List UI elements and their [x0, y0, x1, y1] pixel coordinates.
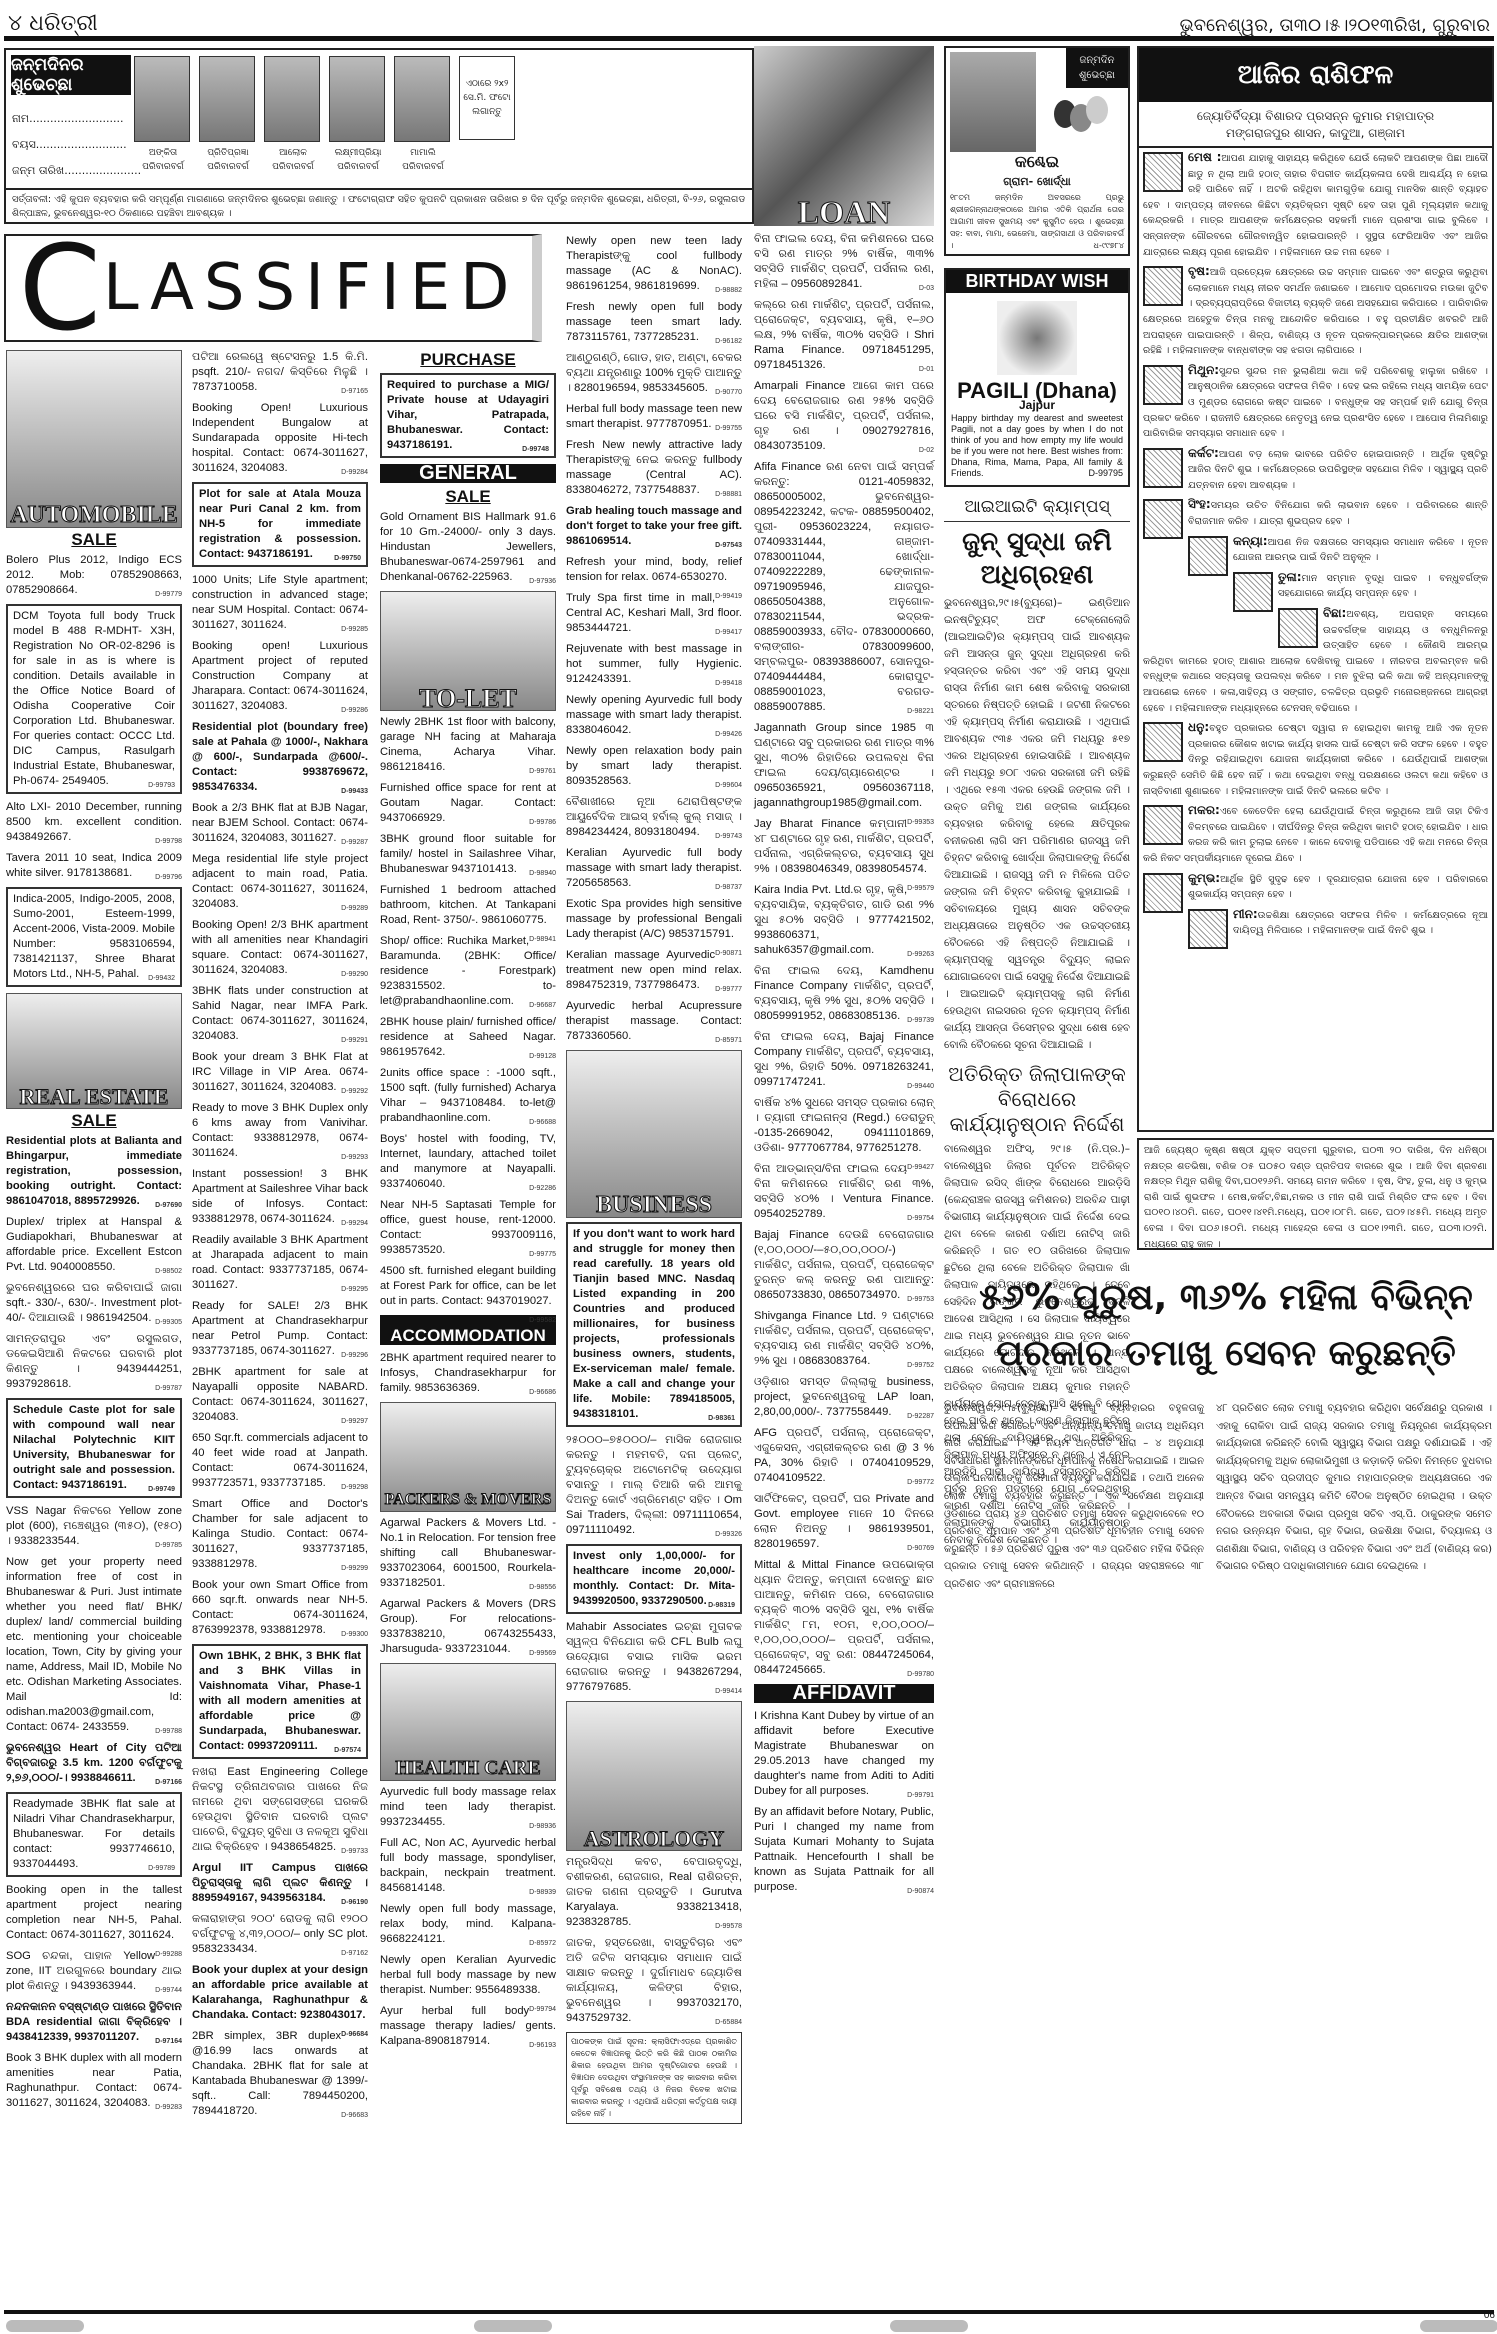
sign-prediction: ଆପଣ ବଡ଼ ଲୋକ ଭାବରେ ପରିଚିତ ହୋଇପାରନ୍ତି । ଆର…: [1188, 449, 1488, 491]
classified-ad: ବିନା ଆଡ୍‌ଭାନ୍ସ/ବିନା ଫାଇଲ ଦେୟ ବିନା କମିଶନର…: [754, 1162, 934, 1222]
ad-code: D-99755: [715, 421, 742, 436]
ad-code: D-96688: [529, 1115, 556, 1130]
classified-ad: I Krishna Kant Dubey by virtue of an aff…: [754, 1709, 934, 1799]
ad-code: D-99754: [907, 1211, 934, 1226]
classified-ad: କଲ୍‌ରେ ରଣ ମାର୍କଶିଟ୍, ପ୍ରପର୍ଟି, ପର୍ସନାଲ, …: [754, 298, 934, 373]
classified-ad: Herbal full body massage teen new smart …: [566, 402, 742, 432]
greeting-place: ଗ୍ରାମ- ଖୋର୍ଦ୍ଧା: [946, 174, 1128, 189]
affidavit-section-bar: AFFIDAVIT: [754, 1684, 934, 1703]
name-field[interactable]: ନାମ...........................: [12, 112, 123, 126]
child-photo: [264, 56, 320, 142]
classified-ad: 3BHK ground floor suitable for family/ h…: [380, 832, 556, 877]
classified-ad: AFG ପ୍ରପର୍ଟି, ପର୍ସନାଲ୍, ପ୍ରୋଜେକ୍ଟ, ଏଜୁକେ…: [754, 1426, 934, 1486]
sign-name: କୁମ୍ଭ:: [1188, 871, 1220, 885]
classified-ad: Bolero Plus 2012, Indigo ECS 2012. Mob: …: [6, 553, 182, 598]
classified-ad: Invest only 1,00,000/- for healthcare in…: [566, 1544, 742, 1614]
footer-ornament: [1420, 2320, 1497, 2332]
news-headline: ଅତିରିକ୍ତ ଜିଲାପାଳଙ୍କ ବିରୋଧରେ କାର୍ଯ୍ୟାନୁଷ୍…: [944, 1062, 1130, 1137]
ad-code: D-99749: [148, 1482, 175, 1497]
ad-code: D-96687: [529, 998, 556, 1013]
footer-ornament: [474, 2320, 552, 2332]
classified-ad: Booking open! Luxurious Apartment projec…: [192, 639, 368, 714]
classified-ad: ବୈଶାଖୀରେ ନୂଆ ଥେରାପିଷ୍ଟଙ୍କ ଆୟୁର୍ବେଦିକ ଆଇସ…: [566, 795, 742, 840]
ad-code: D-99791: [907, 1788, 934, 1803]
tobacco-body-right: ୪୮ ପ୍ରତିଶତ ଲୋକ ତମାଖୁ ବ୍ୟବହାର କରିଥିବା ସର୍…: [1216, 1400, 1492, 1576]
classified-ad: Shivganga Finance Ltd. ୨ ଘଣ୍ଟାରେ ମାର୍କଶି…: [754, 1309, 934, 1369]
banner-text: LASSIFIED: [103, 251, 519, 325]
ad-code: D-98556: [529, 1580, 556, 1595]
classified-ad: Instant possession! 3 BHK Apartment at S…: [192, 1167, 368, 1227]
ad-code: D-96684: [341, 2027, 368, 2042]
child-photo: [394, 56, 450, 142]
zodiac-sign-icon: [1143, 152, 1183, 192]
greeting-label: ଜନ୍ମଦିନ ଶୁଭେଚ୍ଛା: [1066, 48, 1128, 88]
classified-ad: ଆଣ୍ଠୁଗଣ୍ଠି, ଗୋଡ, ହାତ, ଅଣ୍ଟା, ବେକର ବ୍ୟଥା …: [566, 351, 742, 396]
ad-code: D-99292: [341, 1084, 368, 1099]
ad-code: D-98319: [708, 1598, 735, 1613]
ad-code: D-99296: [341, 1348, 368, 1363]
column-general-tolet: PURCHASE Required to purchase a MIG/ Pri…: [380, 350, 556, 2055]
photo-caption: ଆଲୋକପରିବାରବର୍ଗ: [260, 146, 326, 174]
classified-ad: 2BR simplex, 3BR duplex @16.99 lacs onwa…: [192, 2029, 368, 2119]
horoscope-sign: କର୍କଟ:ଆପଣ ବଡ଼ ଲୋକ ଭାବରେ ପରିଚିତ ହୋଇପାରନ୍ତ…: [1139, 444, 1492, 496]
sign-name: ସିଂହ:: [1188, 497, 1211, 511]
sign-name: ବିଛା:: [1323, 606, 1346, 620]
wish-name: PAGILI (Dhana): [946, 383, 1128, 398]
ad-code: D-96182: [715, 334, 742, 349]
ad-code: D-99414: [715, 1684, 742, 1699]
masthead-rule: [4, 36, 1494, 41]
sign-prediction: ଆର୍ଥିକ ସ୍ଥିତି ସୁଦୃଢ ହେବ । ଦୂରଯାତ୍ରାର ଯୋଜ…: [1188, 874, 1488, 901]
classified-ad: ନଖରା East Engineering College ନିକଟସ୍ଥ ତ୍…: [192, 1765, 368, 1855]
ad-code: D-99294: [341, 1216, 368, 1231]
ad-code: D-92286: [529, 1181, 556, 1196]
ad-code: D-96193: [529, 2038, 556, 2053]
ad-code: D-99578: [715, 1919, 742, 1934]
greeting-message: ୧୮ତମ ଜନ୍ମଦିନ ଅବସରରେ ପ୍ରଭୁ ଶ୍ରୀଜଗନ୍ନାଥଙ୍କ…: [950, 192, 1124, 252]
ad-code: D-99779: [155, 587, 182, 602]
classified-ad: Bajaj Finance ଦେଉଛି ବେରୋଜଗାର (୧,୦୦,୦୦୦/-…: [754, 1228, 934, 1303]
ad-code: D-99777: [715, 982, 742, 997]
horoscope-sign: ଧନୁ:ବହୁତ ପ୍ରକାରର ଚେଷ୍ଟା ଦ୍ୱାରା ନ ହୋଇଥିବା…: [1139, 718, 1492, 801]
classified-ad: ପଟିଆ ରେଲୱେ ଷ୍ଟେସନରୁ 1.5 କି.ମି. psqft. 21…: [192, 350, 368, 395]
birthday-coupon: ଜନ୍ମଦିନର ଶୁଭେଚ୍ଛା ନାମ...................…: [4, 48, 754, 224]
classified-ad: Indica-2005, Indigo-2005, 2008, Sumo-200…: [6, 887, 182, 987]
greeting-photo: [950, 52, 1036, 152]
sign-prediction: ଆଜି ପ୍ରତ୍ୟେକ କ୍ଷେତ୍ରରେ ଉଚ୍ଚ ସମ୍ମାନ ପାଇବେ…: [1143, 267, 1488, 356]
sign-name: ତୁଳା:: [1278, 570, 1302, 584]
zodiac-sign-icon: [1143, 266, 1183, 306]
classified-ad: Argul IIT Campus ପାଖରେ ପିଚୁରାସ୍ତାକୁ ଲାଗି…: [192, 1861, 368, 1906]
sign-name: ମିଥୁନ:: [1188, 363, 1219, 377]
ad-code: D-99750: [334, 551, 361, 566]
ad-code: D-99326: [715, 1527, 742, 1542]
photo-placeholder: ଏଠାରେ ୨x୨ ସେ.ମି. ଫଟୋ ଲଗାନ୍ତୁ: [459, 56, 515, 140]
greeting-name: କଣ୍ଢେଇ: [946, 154, 1128, 169]
ad-code: D-99297: [341, 1414, 368, 1429]
ad-code: D-99353: [907, 815, 934, 830]
horoscope-sign: ବିଛା:ଅବଶ୍ୟ, ଅପରାହ୍ନ ସମୟରେ ଉଚ୍ଚବର୍ଗଙ୍କ ସା…: [1139, 604, 1492, 718]
photo-caption: ଲକ୍ଷ୍ମୀପ୍ରିୟାପରିବାରବର୍ଗ: [325, 146, 391, 174]
classified-ad: Gold Ornament BIS Hallmark 91.6 for 10 G…: [380, 510, 556, 585]
horoscope-sign: ମୀନ:ଉଚ୍ଚଶିକ୍ଷା କ୍ଷେତ୍ରରେ ସଫଳତା ମିଳିବ । କ…: [1139, 905, 1492, 941]
sign-prediction: ଆପଣ ଯାହାକୁ ସାହାଯ୍ୟ କରିଥିବେ ଯେଉଁ ଲୋକଟି ଆପ…: [1143, 153, 1488, 258]
classified-ad: Mittal & Mittal Finance ଉପଭୋକ୍ତା ଧ୍ୟାନ ଦ…: [754, 1558, 934, 1678]
horoscope-sign: କୁମ୍ଭ:ଆର୍ଥିକ ସ୍ଥିତି ସୁଦୃଢ ହେବ । ଦୂରଯାତ୍ର…: [1139, 869, 1492, 905]
ad-code: D-65884: [715, 2015, 742, 2030]
horoscope-sign: ବୃଷ:ଆଜି ପ୍ରତ୍ୟେକ କ୍ଷେତ୍ରରେ ଉଚ୍ଚ ସମ୍ମାନ ପ…: [1139, 262, 1492, 361]
column-realestate-cont: ପଟିଆ ରେଲୱେ ଷ୍ଟେସନରୁ 1.5 କି.ମି. psqft. 21…: [192, 350, 368, 2125]
classified-ad: 1000 Units; Life Style apartment; constr…: [192, 573, 368, 633]
ad-code: D-99780: [907, 1667, 934, 1682]
ad-code: D-99569: [529, 1646, 556, 1661]
dob-field[interactable]: ଜନ୍ମ ତାରିଖ......................: [12, 164, 141, 178]
tobacco-headline: ୫୬% ପୁରୁଷ, ୩୬% ମହିଳା ବିଭିନ୍ନ ପ୍ରକାର ତମାଖ…: [960, 1270, 1492, 1382]
classified-ad: Mahabir Associates ଇଚ୍ଛା ମୁତାବକ ସ୍ୱଳ୍ପ ବ…: [566, 1620, 742, 1695]
classified-ad: Tavera 2011 10 seat, Indica 2009 white s…: [6, 851, 182, 881]
ad-code: D-98939: [529, 1885, 556, 1900]
ad-code: D-97162: [341, 1946, 368, 1961]
zodiac-sign-icon: [1143, 365, 1183, 405]
classified-ad: ଭୁବନେଶ୍ୱରରେ ଘର କରିବାପାଇଁ ଜାଗା sqft.- 330…: [6, 1281, 182, 1326]
ad-code: D-99295: [341, 1282, 368, 1297]
classified-ad: ୨୫୦୦୦–୭୫୦୦୦/– ମାସିକ ରୋଜଗାର କରନ୍ତୁ । ମହମବ…: [566, 1433, 742, 1538]
ad-code: D-99733: [341, 1844, 368, 1859]
ad-code: D-99288: [155, 1947, 182, 1962]
ad-code: D-99298: [341, 1480, 368, 1495]
sign-name: ମକର:: [1188, 803, 1220, 817]
wish-message: Happy birthday my dearest and sweetest P…: [946, 413, 1128, 479]
footer-rule: [4, 2310, 1494, 2314]
automobile-image: AUTOMOBILE: [6, 350, 182, 528]
ad-code: D-99293: [341, 1150, 368, 1165]
ad-code: D-98361: [708, 1411, 735, 1426]
zodiac-sign-icon: [1143, 499, 1183, 539]
classified-ad: Rejuvenate with best massage in hot summ…: [566, 642, 742, 687]
sign-name: ମୀନ:: [1233, 907, 1258, 921]
sign-prediction: ଆପଣ ନିଜ ଦକ୍ଷତାରେ ସମସ୍ୟାର ସମାଧାନ କରିବେ । …: [1233, 537, 1488, 564]
classified-ad: ଭୁବନେଶ୍ୱର Heart of City ପଟିଆ ବିଗ୍‌ବଜାରରୁ…: [6, 1741, 182, 1786]
column-massage-business: Newly open new teen lady Therapistଙ୍କୁ c…: [566, 234, 742, 2124]
classified-ad: ସାର୍ଟିଫିକେଟ୍, ପ୍ରପର୍ଟି, ଘର Private and G…: [754, 1492, 934, 1552]
age-field[interactable]: ବୟସ..........................: [12, 138, 127, 152]
ad-code: D-99433: [341, 784, 368, 799]
ad-code: D-99798: [155, 834, 182, 849]
ad-code: D-99128: [529, 1049, 556, 1064]
reader-notice: ପାଠକଙ୍କ ପାଇଁ ସୂଚନା: କ୍ଲାସିଫାଏଡ୍‌ରେ ପ୍ରକା…: [566, 2032, 742, 2124]
classified-ad: DCM Toyota full body Truck model B 488 R…: [6, 604, 182, 794]
classified-ad: 2BHK house plain/ furnished office/ resi…: [380, 1015, 556, 1060]
birthday-greeting: ଜନ୍ମଦିନ ଶୁଭେଚ୍ଛା କଣ୍ଢେଇ ଗ୍ରାମ- ଖୋର୍ଦ୍ଧା …: [944, 46, 1130, 256]
ad-code: D-99287: [341, 835, 368, 850]
ad-code: D-99418: [715, 676, 742, 691]
ad-code: D-90770: [715, 385, 742, 400]
ad-code: D-97166: [155, 1775, 182, 1790]
ad-code: D-02: [919, 443, 934, 458]
classified-ad: 2BHK apartment required nearer to Infosy…: [380, 1351, 556, 1396]
photo-caption: ଅଙ୍କିତାପରିବାରବର୍ଗ: [130, 146, 196, 174]
classified-ad: Own 1BHK, 2 BHK, 3 BHK flat and 3 BHK Vi…: [192, 1644, 368, 1759]
ad-code: D-99786: [529, 815, 556, 830]
horoscope-panel: ଆଜିର ରାଶିଫଳ ଜ୍ୟୋତିର୍ବିଦ୍ୟା ବିଶାରଦ ପ୍ରସନ୍…: [1137, 46, 1494, 1132]
classified-ad: Now get your property need information f…: [6, 1555, 182, 1735]
ad-code: D-98882: [715, 283, 742, 298]
sign-prediction: ଉଚ୍ଚଶିକ୍ଷା କ୍ଷେତ୍ରରେ ସଫଳତା ମିଳିବ । କର୍ମକ…: [1233, 910, 1488, 937]
ad-code: D-03: [919, 281, 934, 296]
classified-ad: ମନ୍ତ୍ରସିଦ୍ଧ କବଚ, ବେପାରବୃଦ୍ଧି, ବଶୀକରଣ, ରୋ…: [566, 1855, 742, 1930]
ad-code: D-99290: [341, 967, 368, 982]
classified-ad: Alto LXI- 2010 December, running 8500 km…: [6, 800, 182, 845]
classified-ad: Furnished office space for rent at Gouta…: [380, 781, 556, 826]
sign-name: କନ୍ୟା:: [1233, 534, 1268, 548]
horoscope-title: ଆଜିର ରାଶିଫଳ: [1139, 48, 1492, 102]
packers-movers-image: PACKERS & MOVERS: [380, 1402, 556, 1512]
classified-ad: Boys' hostel with fooding, TV, Internet,…: [380, 1132, 556, 1192]
ad-code: D-99794: [529, 2002, 556, 2017]
ad-code: D-99285: [341, 622, 368, 637]
ad-code: D-97165: [341, 384, 368, 399]
ad-code: D-99793: [148, 778, 175, 793]
classified-ad: ବିନା ଫାଇଲ ଦେୟ, ବିନା କମିଶନରେ ଘରେ ବସି ରଣ ମ…: [754, 232, 934, 292]
ad-code: D-97690: [155, 1198, 182, 1213]
classified-ad: Refresh your mind, body, relief tension …: [566, 555, 742, 585]
ad-code: D-99300: [341, 1627, 368, 1642]
classified-ad: Book your own Smart Office from 660 sqr.…: [192, 1578, 368, 1638]
classified-ad: Jagannath Group since 1985 ୩ ଘଣ୍ଟାରେ ସବୁ…: [754, 721, 934, 811]
zodiac-sign-icon: [1278, 608, 1318, 648]
ad-code: D-99772: [907, 1475, 934, 1490]
zodiac-sign-icon: [1188, 536, 1228, 576]
almanac-box: ଆଜି ଜ୍ୟେଷ୍ଠ କୃଷ୍ଣ ଷଷ୍ଠୀ ଯୁକ୍ତ ସପ୍ତମୀ ଗୁର…: [1137, 1138, 1494, 1250]
classified-ad: Newly open Keralian Ayurvedic herbal ful…: [380, 1953, 556, 1998]
ad-code: D-99579: [907, 881, 934, 896]
classified-ad: Residential plot (boundary free) sale at…: [192, 720, 368, 795]
classified-ad: 2units office space : -1000 sqft., 1500 …: [380, 1066, 556, 1126]
ad-code: D-90871: [715, 946, 742, 961]
footer-ornament: [6, 2320, 84, 2332]
classified-ad: କଳାରାହାଙ୍ଗ ୨୦୦' ରୋଡକୁ ଲାଗି ୧୨୦୦ ବର୍ଗଫୁଟକ…: [192, 1912, 368, 1957]
ad-code: D-99426: [715, 727, 742, 742]
ad-code: D-97543: [715, 538, 742, 553]
ad-code: D-90874: [907, 1884, 934, 1899]
classified-ad: Book 3 BHK duplex with all modern amenit…: [6, 2051, 182, 2111]
page-label: ୪ ଧରିତ୍ରୀ: [8, 11, 98, 36]
ad-code: D-99263: [907, 947, 934, 962]
ad-code: D-99739: [907, 1013, 934, 1028]
classified-ad: Book a 2/3 BHK flat at BJB Nagar, near B…: [192, 801, 368, 846]
ad-code: D-99743: [715, 829, 742, 844]
ad-code: D-96190: [341, 1895, 368, 1910]
ad-code: D-97164: [155, 2034, 182, 2049]
classified-ad: Grab healing touch massage and don't for…: [566, 504, 742, 549]
ad-code: D-99419: [715, 589, 742, 604]
news-body: ଭୁବନେଶ୍ୱର,୨୯।୫(ବ୍ୟୁରୋ)– ଇଣ୍ଡିଆନ ଇନଷ୍ଟିଚ୍…: [944, 595, 1130, 1054]
classified-ad: Booking open in the tallest apartment pr…: [6, 1883, 182, 1943]
ad-code: D-85972: [529, 1936, 556, 1951]
ad-code: D-99744: [155, 1983, 182, 1998]
classified-ad: Fresh newly open full body massage teen …: [566, 300, 742, 345]
classified-ad: ଜାତକ, ହସ୍ତରେଖା, ବାସ୍ତୁବିଚାର ଏବଂ ଅତି ଜଟିଳ…: [566, 1936, 742, 2026]
ad-code: D-99752: [907, 1358, 934, 1373]
loan-image: LOAN: [754, 46, 934, 226]
ad-code: D-99604: [715, 778, 742, 793]
classified-ad: Readymade 3BHK flat sale at Niladri Viha…: [6, 1792, 182, 1877]
ad-code: D-99286: [341, 703, 368, 718]
banner-initial: C: [19, 219, 111, 357]
ad-code: D-99417: [715, 625, 742, 640]
classified-ad: Ayurvedic full body massage relax mind t…: [380, 1785, 556, 1830]
ad-code: D-97574: [334, 1743, 361, 1758]
flower-bouquet-icon: [997, 301, 1077, 375]
coupon-title: ଜନ୍ମଦିନର ଶୁଭେଚ୍ଛା: [11, 55, 131, 95]
sign-prediction: ସମୟର ଉଚିତ ବିନିଯୋଗ କରି ଲାଭବାନ ହେବେ । ପରିବ…: [1188, 500, 1488, 527]
classified-ad: Fresh New newly attractive lady Therapis…: [566, 438, 742, 498]
zodiac-sign-icon: [1143, 722, 1183, 762]
birthday-wish-heading: BIRTHDAY WISH: [946, 270, 1128, 293]
classified-ad: ବିନା ଫାଇଲ ଦେୟ, Bajaj Finance Company ମାର…: [754, 1030, 934, 1090]
horoscope-sign: କନ୍ୟା:ଆପଣ ନିଜ ଦକ୍ଷତାରେ ସମସ୍ୟାର ସମାଧାନ କର…: [1139, 532, 1492, 568]
zodiac-sign-icon: [1233, 572, 1273, 612]
ad-code: D-92287: [907, 1409, 934, 1424]
ad-code: D-98502: [155, 1264, 182, 1279]
classified-ad: By an affidavit before Notary, Public, P…: [754, 1805, 934, 1895]
ad-code: D-99775: [529, 1247, 556, 1262]
zodiac-sign-icon: [1143, 873, 1183, 913]
sign-name: ଧନୁ:: [1188, 720, 1209, 734]
classified-ad: Amarpali Finance ଆଗେ କାମ ପରେ ଦେୟ ବେରୋଜଗା…: [754, 379, 934, 454]
ad-code: D-98936: [529, 1819, 556, 1834]
general-sale-heading: SALE: [380, 489, 556, 504]
ad-code: D-99299: [341, 1561, 368, 1576]
classified-ad: Book your duplex at your design an affor…: [192, 1963, 368, 2023]
classified-ad: ନନ୍ଦନକାନନ ବସ୍‌ଷ୍ଟାଣ୍ଡ ପାଖରେ ସ୍ଥିତିବାନ BD…: [6, 2000, 182, 2045]
ad-code: D-98941: [529, 932, 556, 947]
ad-code: D-01: [919, 362, 934, 377]
classified-ad: 2BHK apartment for sale at Nayapalli opp…: [192, 1365, 368, 1425]
classified-ad: ବାର୍ଷିକ ୪% ସୁଧରେ ସମସ୍ତ ପ୍ରକାର ଲୋନ୍ । ତ୍ୟ…: [754, 1096, 934, 1156]
general-section-bar: GENERAL: [380, 464, 556, 483]
ad-code: D-99796: [155, 870, 182, 885]
classified-ad: Plot for sale at Atala Mouza near Puri C…: [192, 482, 368, 567]
sign-name: କର୍କଟ:: [1188, 446, 1219, 460]
business-image: BUSINESS: [566, 1050, 742, 1218]
classified-ad: Kaira India Pvt. Ltd.ର ଗୃହ, କୃଷି, ବ୍ୟବସା…: [754, 883, 934, 958]
ad-code: D-99283: [155, 2100, 182, 2115]
ad-code: D-99289: [341, 901, 368, 916]
classified-ad: Newly opening Ayurvedic full body massag…: [566, 693, 742, 738]
ad-code: D-99284: [341, 465, 368, 480]
classified-ad: Readily available 3 BHK Apartment at Jha…: [192, 1233, 368, 1293]
sale-heading: SALE: [6, 532, 182, 547]
ad-code: D-99787: [155, 1381, 182, 1396]
child-photo: [199, 56, 255, 142]
classified-ad: Near NH-5 Saptasati Temple for office, g…: [380, 1198, 556, 1258]
classified-ad: Ayurvedic herbal Acupressure therapist m…: [566, 999, 742, 1044]
ad-code: D-98221: [907, 704, 934, 719]
ad-code: D-99427: [907, 1160, 934, 1175]
sign-name: ମେଷ :: [1188, 150, 1221, 164]
classified-ad: Newly open relaxation body pain by smart…: [566, 744, 742, 789]
child-photo: [134, 56, 190, 142]
ad-code: D-99785: [155, 1538, 182, 1553]
column-automobile-realestate: AUTOMOBILE SALE Bolero Plus 2012, Indigo…: [6, 350, 182, 2117]
purchase-heading: PURCHASE: [380, 352, 556, 367]
classified-ad: Full AC, Non AC, Ayurvedic herbal full b…: [380, 1836, 556, 1896]
ad-code: D-99440: [907, 1079, 934, 1094]
classified-ad: If you don't want to work hard and strug…: [566, 1222, 742, 1427]
classified-ad: Duplex/ triplex at Hanspal & Gudiapokhar…: [6, 1215, 182, 1275]
dateline: ଭୁବନେଶ୍ୱର, ତା୩୦।୫।୨୦୧୩ରିଖ, ଗୁରୁବାର: [1180, 15, 1490, 36]
classified-ad: Newly open full body massage, relax body…: [380, 1902, 556, 1947]
realestate-sale-heading: SALE: [6, 1113, 182, 1128]
classified-ad: Book your dream 3 BHK Flat at IRC Villag…: [192, 1050, 368, 1095]
horoscope-sign: ମକର:ଏବେ କେତେଦିନ ହେଲା ଯେଉଁଥିପାଇଁ ଚିନ୍ତା କ…: [1139, 801, 1492, 868]
ad-code: D-90769: [907, 1541, 934, 1556]
news-headline: ଜୁନ୍ ସୁଦ୍ଧା ଜମି ଅଧିଗ୍ରହଣ: [944, 526, 1130, 591]
classified-ad: Booking Open! 2/3 BHK apartment with all…: [192, 918, 368, 978]
astrology-image: ASTROLOGY: [566, 1701, 742, 1851]
coupon-terms: ସର୍ତ୍ତାବଳୀ: ଏହି କୁପନ ବ୍ୟବହାର କରି ସମ୍ପୂର୍…: [6, 188, 752, 222]
photo-caption: ପ୍ରିତିପ୍ରଜ୍ଞାପରିବାରବର୍ଗ: [195, 146, 261, 174]
classified-ad: Newly 2BHK 1st floor with balcony, garag…: [380, 715, 556, 775]
classified-ad: ବିନା ଫାଇଲ ଦେୟ, Kamdhenu Finance Company …: [754, 964, 934, 1024]
classified-ad: Afifa Finance ରଣ ନେବା ପାଇଁ ସମ୍ପର୍କ କରନ୍ତ…: [754, 460, 934, 715]
balloon-icon: [1086, 96, 1108, 124]
ad-code: D-98940: [529, 866, 556, 881]
child-photo: [329, 56, 385, 142]
ad-code: D-99291: [341, 1033, 368, 1048]
astrologer-byline: ଜ୍ୟୋତିର୍ବିଦ୍ୟା ବିଶାରଦ ପ୍ରସନ୍ନ କୁମାର ମହାପ…: [1139, 102, 1492, 148]
classified-ad: 650 Sqr.ft. commercials adjacent to 40 f…: [192, 1431, 368, 1491]
classified-ad: Residential plots at Balianta and Bhinga…: [6, 1134, 182, 1209]
zodiac-sign-icon: [1188, 909, 1228, 949]
healthcare-image: HEALTH CARE: [380, 1663, 556, 1781]
zodiac-sign-icon: [1143, 805, 1183, 845]
horoscope-sign: ମିଥୁନ:ସୁନ୍ଦର ସୁନ୍ଦର ମନ ଭୁଲାଣିଆ କଥା କହି ପ…: [1139, 361, 1492, 444]
birthday-wish-box: BIRTHDAY WISH PAGILI (Dhana) Jajpur Happ…: [944, 268, 1130, 487]
horoscope-sign: ମେଷ :ଆପଣ ଯାହାକୁ ସାହାଯ୍ୟ କରିଥିବେ ଯେଉଁ ଲୋକ…: [1139, 148, 1492, 262]
classified-ad: Agarwal Packers & Movers Ltd. - No.1 in …: [380, 1516, 556, 1591]
column-loans: LOAN ବିନା ଫାଇଲ ଦେୟ, ବିନା କମିଶନରେ ଘରେ ବସି…: [754, 46, 934, 1901]
tolet-image: TO-LET: [380, 591, 556, 711]
realestate-image: REAL ESTATE: [6, 993, 182, 1109]
classified-ad: 4500 sft. furnished elegant building at …: [380, 1264, 556, 1309]
classified-banner: C LASSIFIED: [4, 234, 542, 342]
classified-ad: ଓଡ଼ିଶାର ସମସ୍ତ ଜିଲ୍ଲାକୁ business, project…: [754, 1375, 934, 1420]
classified-ad: Exotic Spa provides high sensitive massa…: [566, 897, 742, 942]
classified-ad: Mega residential life style project adja…: [192, 852, 368, 912]
ad-code: D-99305: [155, 1315, 182, 1330]
ad-code: D-99789: [148, 1861, 175, 1876]
classified-ad: Schedule Caste plot for sale with compou…: [6, 1398, 182, 1498]
page-number: 06: [1484, 2310, 1495, 2321]
sign-name: ବୃଷ:: [1188, 264, 1210, 278]
classified-ad: Furnished 1 bedroom attached bathroom, k…: [380, 883, 556, 928]
ad-code: D-99753: [907, 1292, 934, 1307]
zodiac-sign-icon: [1143, 448, 1183, 488]
classified-ad: VSS Nagar ନିକଟରେ Yellow zone plot (600),…: [6, 1504, 182, 1549]
ad-code: D-98881: [715, 487, 742, 502]
ad-code: D-96683: [341, 2108, 368, 2123]
photo-caption: ମାମାଲିପରିବାରବର୍ଗ: [390, 146, 456, 174]
sign-prediction: ବହୁତ ପ୍ରକାରର ଚେଷ୍ଟା ଦ୍ୱାରା ନ ହୋଇଥିବା କାମ…: [1143, 723, 1488, 796]
classified-ad: ସାମନ୍ତରାପୁର ଏବଂ ରସୁଲଗଡ, ଡକେଇସିଆଣି ନିକଟରେ…: [6, 1332, 182, 1392]
sign-prediction: ମାନ ସମ୍ମାନ ବୃଦ୍ଧି ପାଇବ । ବନ୍ଧୁବର୍ଗଙ୍କ ସହ…: [1278, 573, 1488, 600]
footer-ornament: [890, 2320, 968, 2332]
ad-code: D-98737: [715, 880, 742, 895]
classified-ad: Agarwal Packers & Movers (DRS Group). Fo…: [380, 1597, 556, 1657]
classified-ad: Required to purchase a MIG/ Private hous…: [380, 373, 556, 458]
